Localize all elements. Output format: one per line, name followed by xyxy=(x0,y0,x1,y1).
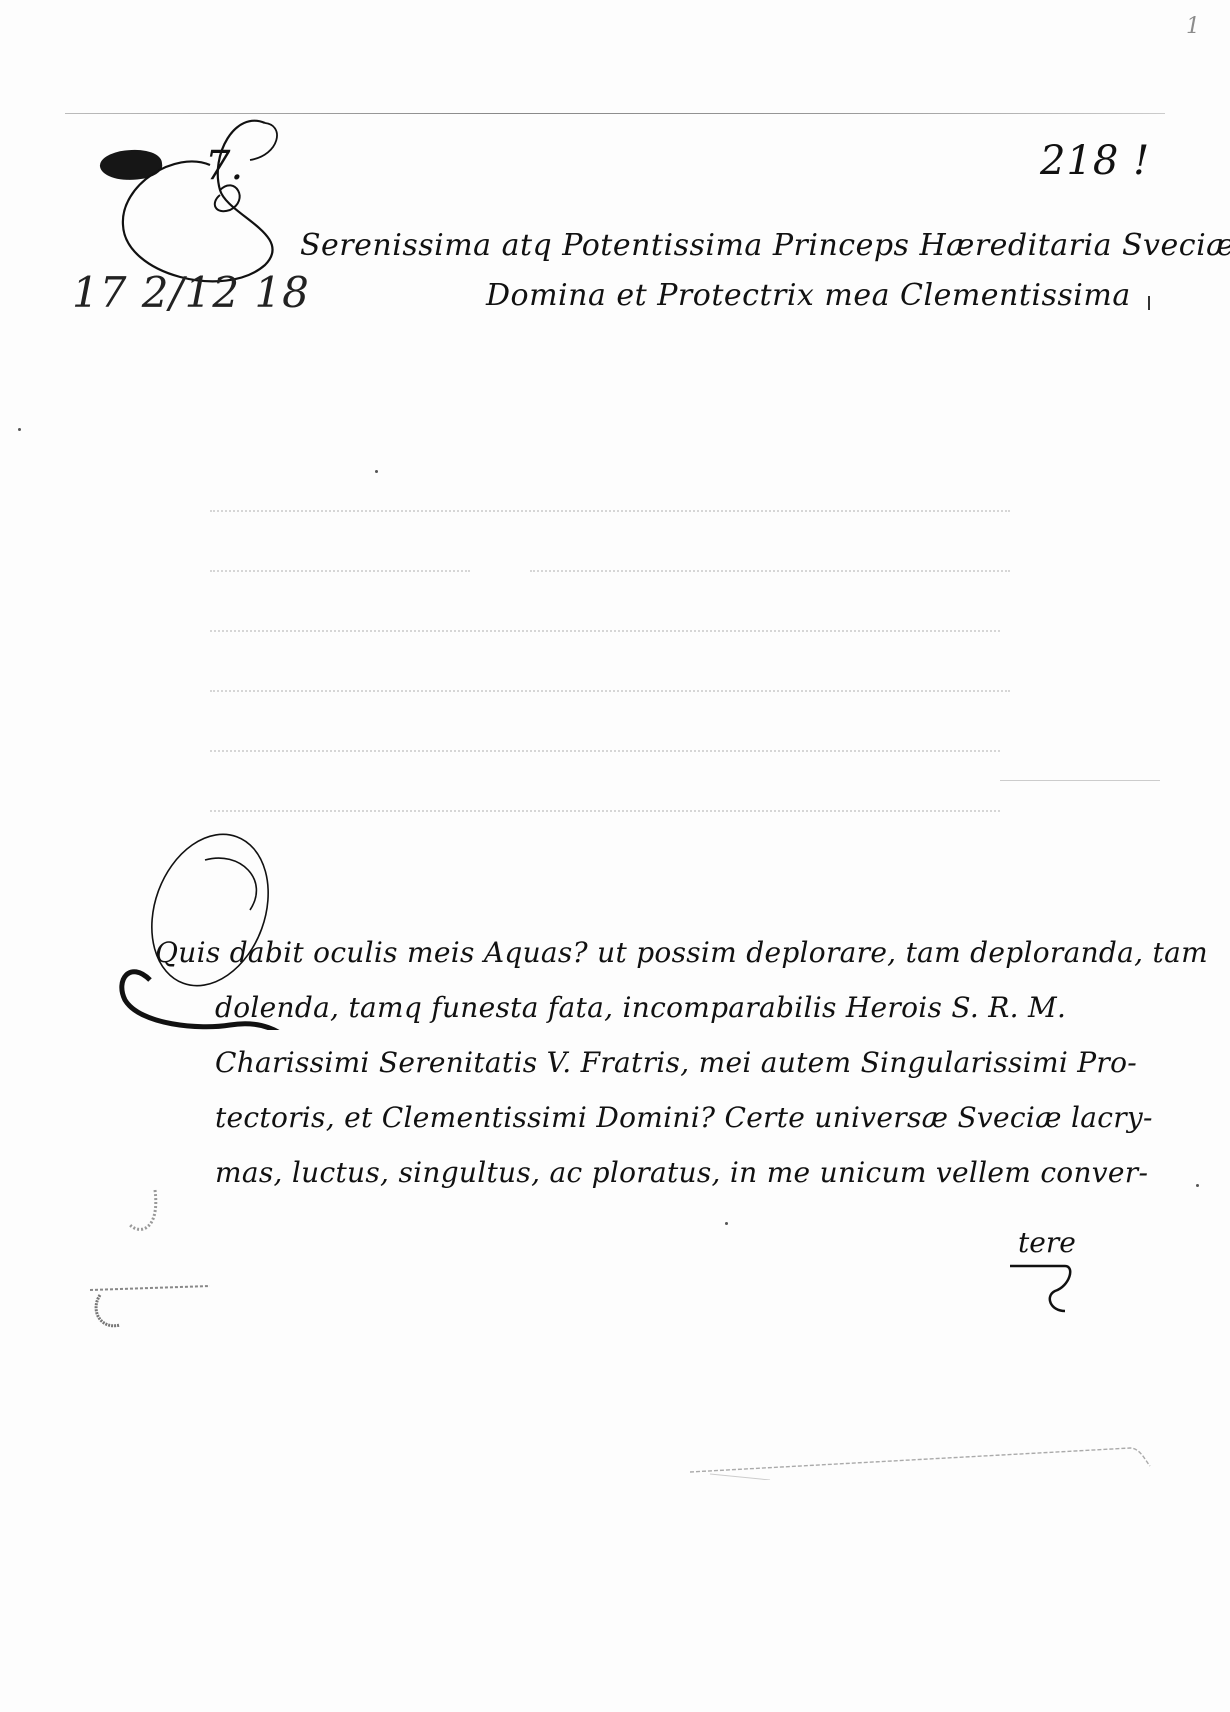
decorated-initial-s-icon xyxy=(115,115,315,285)
manuscript-page: 1 7. 218 ! 17 2/12 18 Serenissima atq Po… xyxy=(0,0,1230,1712)
body-line-5: mas, luctus, singultus, ac ploratus, in … xyxy=(215,1156,1148,1189)
archive-page-number: 1 xyxy=(1186,14,1200,39)
speck xyxy=(1196,1184,1199,1187)
body-line-3: Charissimi Serenitatis V. Fratris, mei a… xyxy=(215,1046,1137,1079)
bottom-flourish-line xyxy=(690,1440,1160,1480)
folio-number: 218 ! xyxy=(1040,138,1150,184)
pen-tick-mark xyxy=(1148,296,1150,310)
date-annotation: 17 2/12 18 xyxy=(72,268,310,317)
catchword: tere xyxy=(1018,1226,1076,1259)
body-line-1: Quis dabit oculis meis Aquas? ut possim … xyxy=(155,936,1208,969)
body-line-4: tectoris, et Clementissimi Domini? Certe… xyxy=(215,1101,1153,1134)
speck xyxy=(725,1222,728,1225)
margin-bleed-marks xyxy=(60,1060,210,1340)
catchword-flourish-icon xyxy=(1010,1256,1080,1316)
faint-rule-right xyxy=(1000,780,1160,781)
body-line-2: dolenda, tamq funesta fata, incomparabil… xyxy=(215,991,1066,1024)
top-rule-line xyxy=(65,113,1165,114)
bleed-through-text xyxy=(210,470,1030,830)
salutation-line-2: Domina et Protectrix mea Clementissima xyxy=(486,278,1131,313)
salutation-line-1: Serenissima atq Potentissima Princeps Hæ… xyxy=(300,228,1230,263)
speck xyxy=(18,428,21,431)
speck xyxy=(375,470,378,473)
